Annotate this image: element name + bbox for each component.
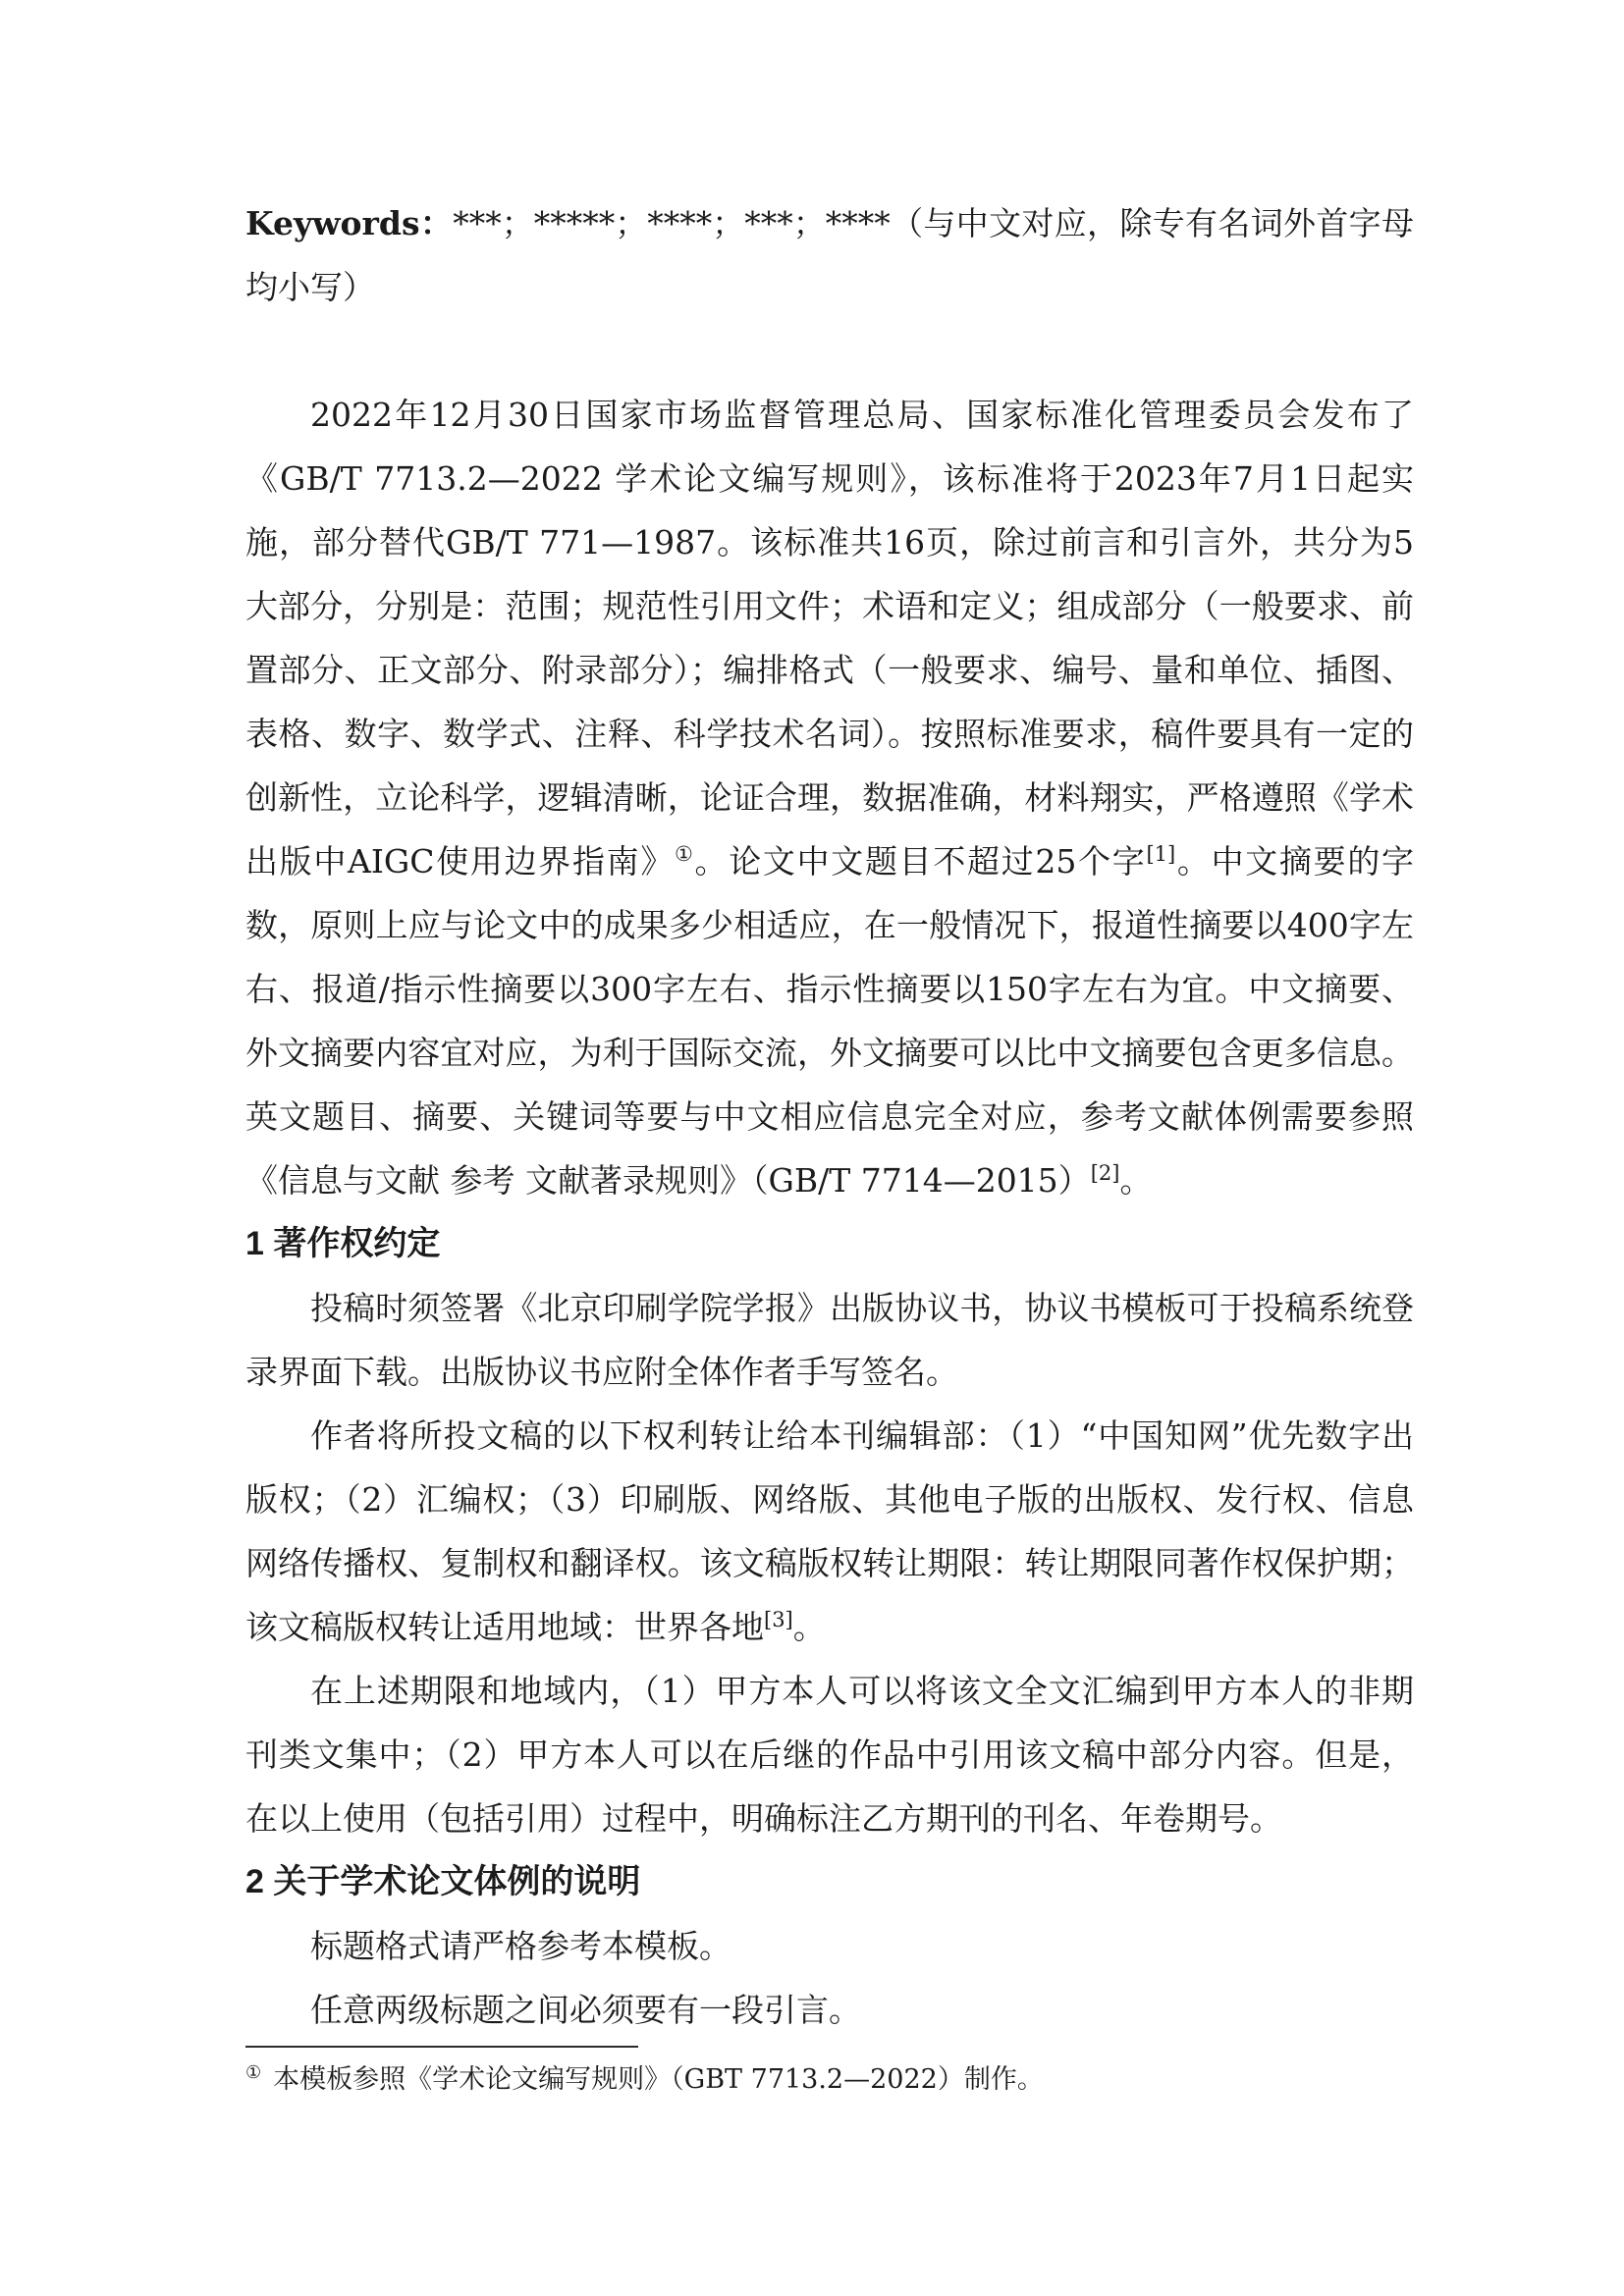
intro-paragraph: 2022年12月30日国家市场监督管理总局、国家标准化管理委员会发布了《GB/T… [245,383,1414,1212]
section-1-paragraph-2-text-2: 。 [793,1608,826,1646]
footnote-area: ①本模板参照《学术论文编写规则》（GBT 7713.2—2022）制作。 [245,2046,1414,2101]
intro-text-1: 2022年12月30日国家市场监督管理总局、国家标准化管理委员会发布了《GB/T… [245,396,1414,881]
footnote-separator-rule [245,2046,638,2048]
intro-text-3: 。中文摘要的字数，原则上应与论文中的成果多少相适应，在一般情况下，报道性摘要以4… [245,842,1414,1200]
section-2-heading: 2 关于学术论文体例的说明 [245,1850,1414,1914]
footnote-marker-circle-1: ① [245,2062,261,2083]
section-1-paragraph-1: 投稿时须签署《北京印刷学院学报》出版协议书，协议书模板可于投稿系统登录界面下载。… [245,1276,1414,1404]
section-2-paragraph-2: 任意两级标题之间必须要有一段引言。 [245,1978,1414,2042]
footnote-text: 本模板参照《学术论文编写规则》（GBT 7713.2—2022）制作。 [273,2064,1044,2095]
document-page: Keywords：***；*****；****；***；****（与中文对应，除… [0,0,1624,2296]
section-2-paragraph-1: 标题格式请严格参考本模板。 [245,1914,1414,1978]
keywords-line: Keywords：***；*****；****；***；****（与中文对应，除… [245,191,1414,319]
section-1-paragraph-3: 在上述期限和地域内，（1）甲方本人可以将该文全文汇编到甲方本人的非期刊类文集中；… [245,1659,1414,1850]
footnote-line: ①本模板参照《学术论文编写规则》（GBT 7713.2—2022）制作。 [245,2059,1414,2101]
section-1-heading: 1 著作权约定 [245,1212,1414,1276]
section-1-paragraph-2-text-1: 作者将所投文稿的以下权利转让给本刊编辑部：（1）“中国知网”优先数字出版权；（2… [245,1416,1414,1646]
intro-text-4: 。 [1119,1161,1152,1200]
citation-ref-2: [2] [1091,1161,1120,1185]
citation-ref-1: [1] [1146,842,1175,866]
section-1-paragraph-2: 作者将所投文稿的以下权利转让给本刊编辑部：（1）“中国知网”优先数字出版权；（2… [245,1404,1414,1659]
citation-ref-3: [3] [764,1608,793,1631]
footnote-ref-circle-1: ① [675,842,695,866]
keywords-label: Keywords： [245,204,453,242]
intro-text-2: 。论文中文题目不超过25个字 [695,842,1147,881]
